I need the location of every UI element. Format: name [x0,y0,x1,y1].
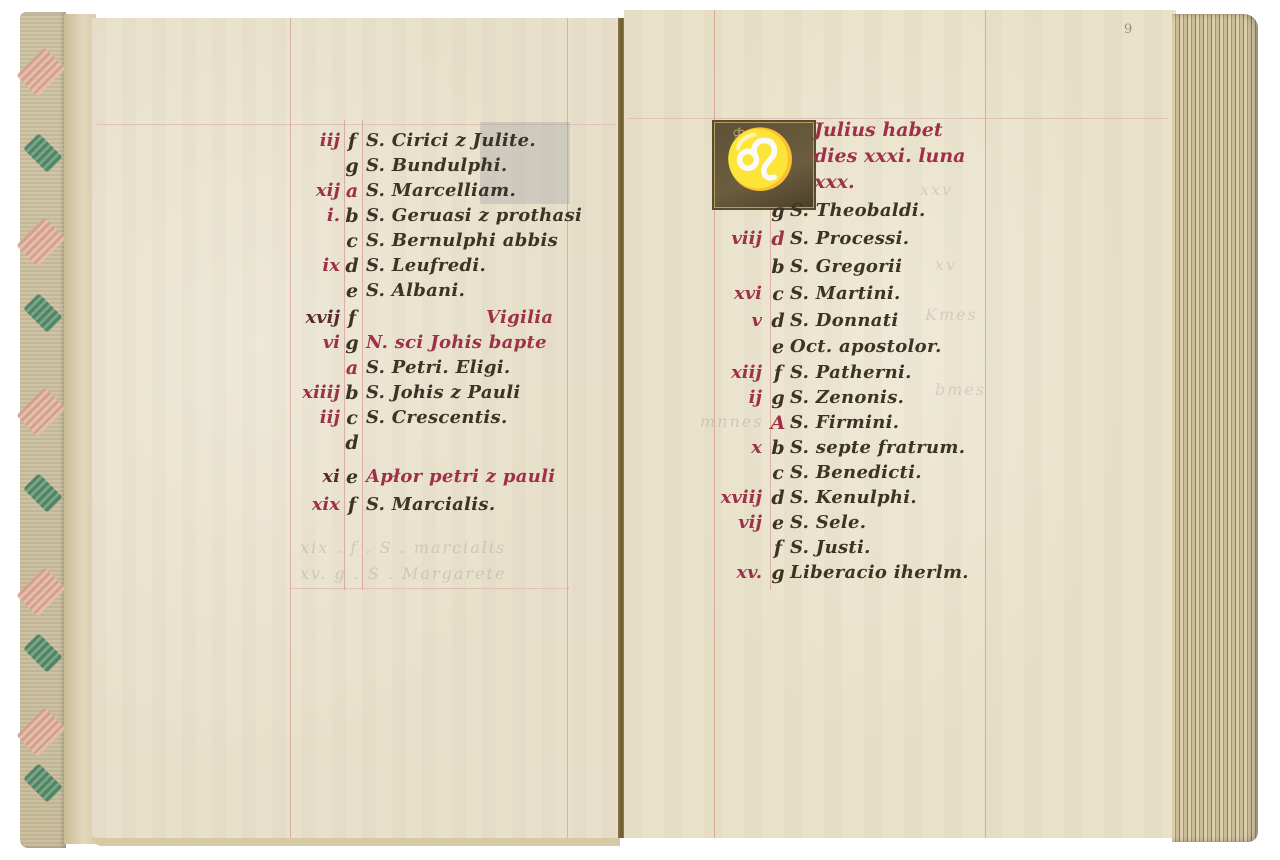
dominical-letter: b [768,256,788,278]
feast-text: S. Theobaldi. [790,200,926,221]
pink-embroidery-motif [16,217,65,266]
green-embroidery-motif [23,473,63,513]
dominical-letter: e [342,280,362,302]
feast-text-red: Apłor petri z pauli [366,466,555,487]
dominical-letter: f [768,362,788,384]
show-through-text: xxv [920,180,953,199]
dominical-letter: e [768,336,788,358]
dominical-letter: b [342,382,362,404]
feast-text: S. Marcelliam. [366,180,516,201]
show-through-text: mnnes [700,412,763,431]
dominical-letter: c [342,407,362,429]
month-heading-line: dies xxxi. luna [814,144,966,168]
dominical-letter: b [768,437,788,459]
feast-text: S. Firmini. [790,412,899,433]
golden-number: xiiij [290,382,340,403]
ruling-line [362,120,363,590]
ruling-line [290,588,570,589]
green-embroidery-motif [23,633,63,673]
golden-number: x [712,437,762,458]
dominical-letter: f [342,494,362,516]
feast-text: S. Bernulphi abbis [366,230,558,251]
feast-text: S. Benedicti. [790,462,922,483]
month-heading-line: Julius habet [814,118,943,142]
golden-number: xi [290,466,340,487]
page-edges [1172,14,1258,842]
feast-text: S. Bundulphi. [366,155,507,176]
green-embroidery-motif [23,293,63,333]
dominical-letter: f [768,537,788,559]
feast-text: S. Petri. Eligi. [366,357,510,378]
show-through-text: xv [935,255,957,274]
golden-number: vi [290,332,340,353]
dominical-letter: g [342,155,362,177]
month-heading-line: xxx. [814,170,855,194]
feast-text-red: N. sci Johis bapte [366,332,547,353]
golden-number: viij [712,228,762,249]
dominical-letter: e [342,466,362,488]
dominical-letter: g [342,332,362,354]
dominical-letter: b [342,205,362,227]
pink-embroidery-motif [16,707,65,756]
dominical-letter: a [342,180,362,202]
feast-text: S. Leufredi. [366,255,486,276]
dominical-letter: c [768,283,788,305]
golden-number: xix [290,494,340,515]
dominical-letter: g [768,200,788,222]
folio-number: 9 [1124,22,1132,37]
golden-number: xij [290,180,340,201]
golden-number: xiij [712,362,762,383]
golden-number: ij [712,387,762,408]
show-through-text: xix . f . S . marcialis [300,538,506,557]
feast-text: S. Geruasi z prothasi [366,205,582,226]
golden-number: i. [290,205,340,226]
dominical-letter: d [342,255,362,277]
golden-number: v [712,310,762,331]
golden-number: xvij [290,307,340,328]
golden-number: xv. [712,562,762,583]
golden-number: vij [712,512,762,533]
feast-text: S. Gregorii [790,256,902,277]
dominical-letter: f [342,307,362,329]
embroidered-spine [20,12,66,848]
ruling-line [985,10,986,838]
golden-number: xviij [712,487,762,508]
dominical-letter: c [342,230,362,252]
golden-number: iij [290,407,340,428]
feast-text: S. Sele. [790,512,866,533]
show-through-text: bmes [935,380,986,399]
show-through-text: xv. g . S . Margarete [300,564,506,583]
lion-miniature: ♔ ♌ [712,120,816,210]
lion-icon: ♌ [724,130,796,188]
dominical-letter: d [768,310,788,332]
green-embroidery-motif [23,133,63,173]
feast-text: Oct. apostolor. [790,336,942,357]
dominical-letter: e [768,512,788,534]
pink-embroidery-motif [16,567,65,616]
feast-text: S. Albani. [366,280,465,301]
dominical-letter: d [768,487,788,509]
feast-text: S. Processi. [790,228,909,249]
dominical-letter: A [768,412,788,434]
feast-text: S. septe fratrum. [790,437,965,458]
pink-embroidery-motif [16,47,65,96]
pink-embroidery-motif [16,387,65,436]
feast-text-vigil: Vigilia [486,307,553,328]
dominical-letter: a [342,357,362,379]
green-embroidery-motif [23,763,63,803]
feast-text: S. Kenulphi. [790,487,917,508]
feast-text: S. Patherni. [790,362,912,383]
feast-text: Liberacio iherlm. [790,562,969,583]
dominical-letter: g [768,562,788,584]
golden-number: xvi [712,283,762,304]
feast-text: S. Crescentis. [366,407,508,428]
feast-text: S. Cirici z Julite. [366,130,536,151]
open-manuscript: iij f S. Cirici z Julite. g S. Bundulphi… [0,0,1280,860]
feast-text: S. Donnati [790,310,899,331]
dominical-letter: d [342,432,362,454]
golden-number: ix [290,255,340,276]
feast-text: S. Johis z Pauli [366,382,521,403]
dominical-letter: d [768,228,788,250]
show-through-text: Kmes [925,305,978,324]
golden-number: iij [290,130,340,151]
feast-text: S. Martini. [790,283,901,304]
feast-text: S. Justi. [790,537,871,558]
feast-text: S. Marcialis. [366,494,495,515]
dominical-letter: c [768,462,788,484]
feast-text: S. Zenonis. [790,387,904,408]
dominical-letter: g [768,387,788,409]
dominical-letter: f [342,130,362,152]
